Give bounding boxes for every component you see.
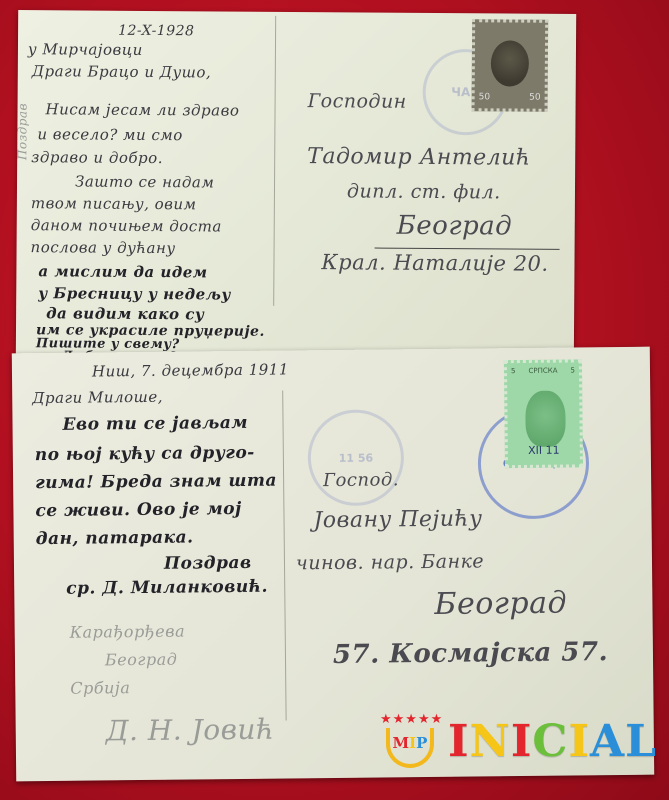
faint-signature: Д. Н. Јовић xyxy=(106,713,275,748)
city-underline xyxy=(375,248,560,250)
message-line: се живи. Ово је мој xyxy=(35,499,241,521)
message-line: твом писању, овим xyxy=(31,194,197,213)
message-line: и весело? ми смо xyxy=(37,125,183,144)
stamp-value: 50 xyxy=(479,92,491,102)
message-date: Ниш, 7. децембра 1911 xyxy=(92,360,289,380)
message-line: даном почињем доста xyxy=(31,216,222,235)
laurel-emblem-icon: ★★★★★ MIP xyxy=(380,712,440,772)
stamp-cancel: XII 11 xyxy=(508,443,580,457)
postage-stamp: 5 СРПСКА 5 XII 11 xyxy=(504,359,583,468)
card-divider xyxy=(282,391,286,721)
emblem-text: MIP xyxy=(380,734,440,752)
address-street: Крал. Наталије 20. xyxy=(321,250,548,276)
stamp-value: 5 xyxy=(511,367,516,375)
message-line: Драги Брацо и Душо, xyxy=(32,62,212,81)
message-line: здраво и добро. xyxy=(31,148,163,167)
message-date: 12-X-1928 xyxy=(118,23,194,40)
address-name: Јовану Пејићу xyxy=(313,506,482,533)
faint-pencil-line: Карађорђева xyxy=(70,622,186,642)
message-line: гима! Бреда знам шта xyxy=(35,471,277,494)
message-line: а мислим да идем xyxy=(38,262,207,281)
stamp-country: СРПСКА xyxy=(528,367,557,375)
signature: ср. Д. Миланковић. xyxy=(66,577,268,599)
address-title: дипл. ст. фил. xyxy=(347,180,501,203)
address-title: чинов. нар. Банке xyxy=(296,550,484,574)
message-line: да видим како су xyxy=(46,304,204,323)
address-city: Београд xyxy=(434,586,567,622)
faint-pencil-line: Београд xyxy=(105,650,178,670)
watermark-logo: ★★★★★ MIP INICIAL xyxy=(380,712,657,772)
message-line: Нисам јесам ли здраво xyxy=(45,100,239,119)
stars-icon: ★★★★★ xyxy=(380,712,440,727)
address-name: Тадомир Антелић xyxy=(307,144,531,171)
margin-note: Поздрав xyxy=(15,103,29,160)
message-line: Поздрав xyxy=(164,553,252,574)
stamp-value: 50 xyxy=(529,93,541,103)
faint-pencil-line: Србија xyxy=(70,678,130,698)
address-salutation: Господин xyxy=(308,90,407,113)
postcard-top: 12-X-1928 у Мирчајовци Поздрав Драги Бра… xyxy=(16,10,576,366)
message-line: у Бресницу у недељу xyxy=(38,284,231,303)
postage-stamp: 50 50 xyxy=(472,19,549,112)
address-city: Београд xyxy=(397,211,513,242)
postmark-faint: 11 56 xyxy=(307,409,404,506)
stamp-value: 5 xyxy=(570,366,575,374)
message-line: Ево ти се јављам xyxy=(62,413,248,435)
message-line: по њој кућу са друго- xyxy=(35,443,255,465)
message-line: Зашто се надам xyxy=(75,172,214,191)
address-salutation: Господ. xyxy=(323,469,399,491)
address-street: 57. Космајска 57. xyxy=(333,637,608,670)
message-line: послова у дућану xyxy=(31,238,176,257)
message-line: дан, патарака. xyxy=(36,527,194,549)
card-divider xyxy=(273,16,276,306)
king-portrait-icon xyxy=(491,40,529,86)
king-portrait-icon xyxy=(525,391,566,447)
logo-wordmark: INICIAL xyxy=(448,720,657,764)
message-line: Драги Милоше, xyxy=(32,388,163,407)
message-place: у Мирчајовци xyxy=(28,40,143,59)
